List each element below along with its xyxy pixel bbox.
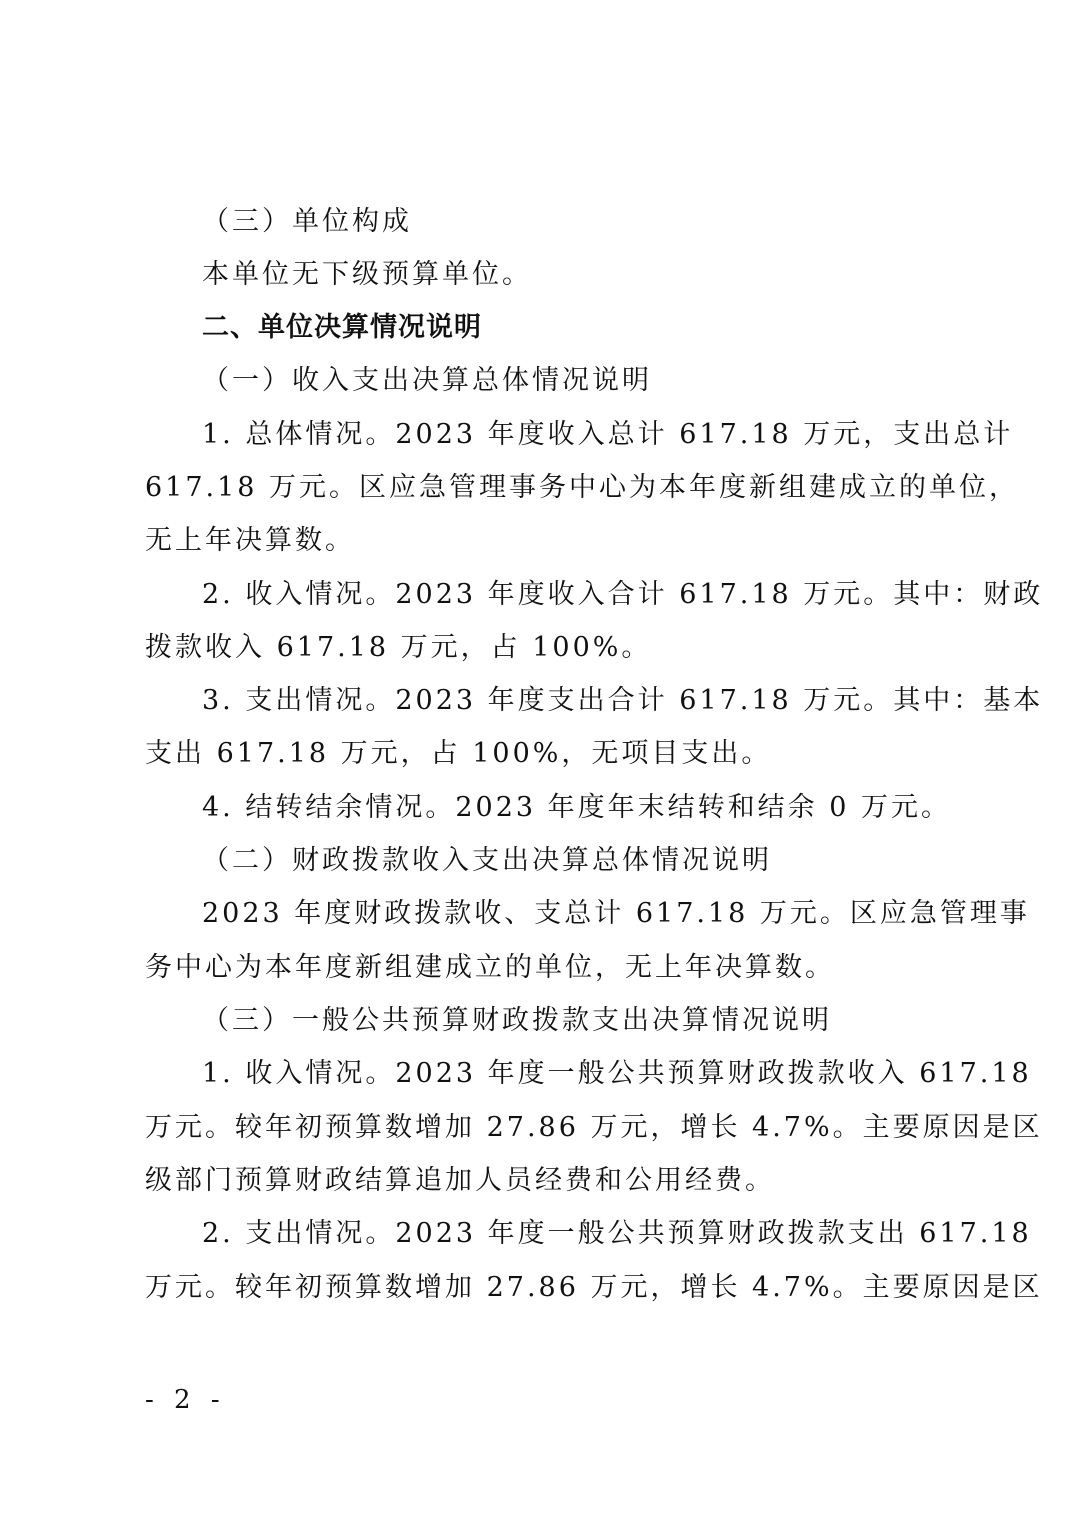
- paragraph-line: 4. 结转结余情况。2023 年度年末结转和结余 0 万元。: [202, 791, 1002, 825]
- subheading-unit-composition: （三）单位构成: [202, 205, 1002, 239]
- paragraph-line: 万元。较年初预算数增加 27.86 万元，增长 4.7%。主要原因是区: [145, 1271, 945, 1305]
- paragraph-line: 2023 年度财政拨款收、支总计 617.18 万元。区应急管理事: [202, 897, 1002, 931]
- page-number: - 2 -: [145, 1385, 226, 1415]
- paragraph-line: 3. 支出情况。2023 年度支出合计 617.18 万元。其中：基本: [202, 684, 1002, 718]
- paragraph-line: 2. 支出情况。2023 年度一般公共预算财政拨款支出 617.18: [202, 1217, 1002, 1251]
- paragraph-line: 本单位无下级预算单位。: [202, 258, 1002, 292]
- paragraph-line: 2. 收入情况。2023 年度收入合计 617.18 万元。其中：财政: [202, 578, 1002, 612]
- paragraph-line: 拨款收入 617.18 万元，占 100%。: [145, 631, 945, 665]
- paragraph-line: 级部门预算财政结算追加人员经费和公用经费。: [145, 1164, 945, 1198]
- subheading-general-public-budget: （三）一般公共预算财政拨款支出决算情况说明: [202, 1004, 1002, 1038]
- section-heading: 二、单位决算情况说明: [202, 311, 1002, 345]
- paragraph-line: 支出 617.18 万元，占 100%，无项目支出。: [145, 737, 945, 771]
- paragraph-line: 务中心为本年度新组建成立的单位，无上年决算数。: [145, 951, 945, 985]
- paragraph-line: 1. 收入情况。2023 年度一般公共预算财政拨款收入 617.18: [202, 1057, 1002, 1091]
- document-page: （三）单位构成 本单位无下级预算单位。 二、单位决算情况说明 （一）收入支出决算…: [0, 0, 1074, 1520]
- paragraph-line: 无上年决算数。: [145, 524, 945, 558]
- subheading-fiscal-appropriation: （二）财政拨款收入支出决算总体情况说明: [202, 844, 1002, 878]
- subheading-income-expense-overview: （一）收入支出决算总体情况说明: [202, 364, 1002, 398]
- paragraph-line: 万元。较年初预算数增加 27.86 万元，增长 4.7%。主要原因是区: [145, 1111, 945, 1145]
- paragraph-line: 617.18 万元。区应急管理事务中心为本年度新组建成立的单位，: [145, 471, 945, 505]
- paragraph-line: 1. 总体情况。2023 年度收入总计 617.18 万元，支出总计: [202, 418, 1002, 452]
